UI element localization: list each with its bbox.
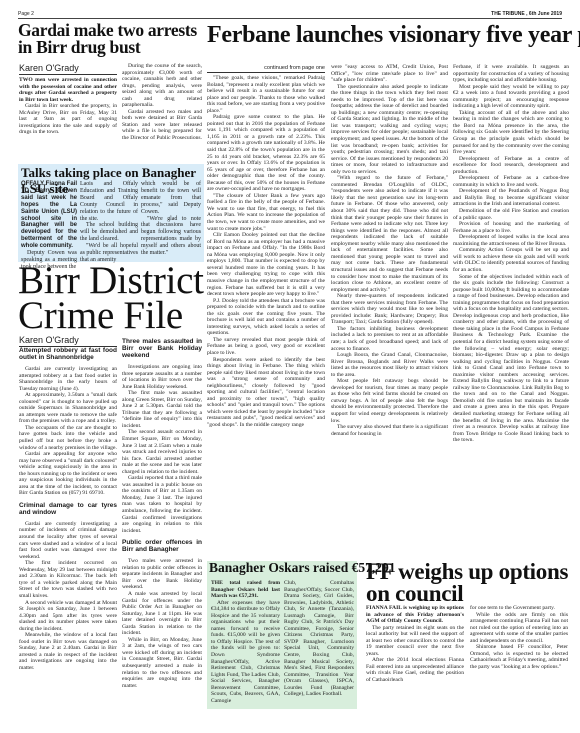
crime-para: Gardai are currently investigating an at… xyxy=(19,366,117,392)
ferbane-para: The factors inhibiting business developm… xyxy=(331,326,448,352)
crime-byline: Karen O'Grady xyxy=(19,335,117,347)
ferbane-para: Some of the objectives included within e… xyxy=(453,274,569,444)
ferbane-para: Cllr Eamon Dooley pointed out that the d… xyxy=(207,232,325,297)
crime-para: Gardai reported that a third male was as… xyxy=(122,475,202,534)
oskars-col2: Club, Comhaltas Banagher/Offaly, Soccer … xyxy=(284,580,354,708)
ferbane-goal: Development of looped walks in the local… xyxy=(453,234,569,247)
ferbane-para: The questionnaire also asked people to i… xyxy=(331,84,448,176)
header-rule xyxy=(18,18,562,19)
oskars-para: Club, Comhaltas Banagher/Offaly, Soccer … xyxy=(284,580,354,698)
gardai-headline: Gardai make two arrests in Birr drug bus… xyxy=(18,22,198,55)
gardai-para: Gardai arrested two males and both were … xyxy=(122,109,202,142)
ferbane-para: were "easy access to ATM, Credit Union, … xyxy=(331,64,448,84)
crime-para: At approximately, 3.50am a "small dark c… xyxy=(19,392,117,425)
crime-para: Investigations are ongoing into three se… xyxy=(122,364,202,390)
ferbane-para: Padraig gave some context to the plan. H… xyxy=(207,114,325,193)
ferbane-headline: Ferbane launches visionary five year pla… xyxy=(207,24,567,47)
ferbane-goal: Provision of housing and the marketing o… xyxy=(453,221,569,234)
crime-para: Meanwhile, the window of a local fast fo… xyxy=(19,632,117,671)
lsu-col3: which would be of benefit to the town wi… xyxy=(141,181,201,257)
ff-para: The party retained its eight seats on th… xyxy=(366,625,464,658)
crime-para: A male was arrested by local Gardai for … xyxy=(122,591,202,637)
ff-para: for one term to the Government party. xyxy=(470,605,568,612)
crime-para: Gardai are currently investigating a num… xyxy=(19,521,117,560)
crime-para: Gardai are appealing for anyone who may … xyxy=(19,451,117,497)
ferbane-para: The survey revealed that most people thi… xyxy=(207,337,325,357)
ferbane-goal: Development of Ferbane as a carbon-free … xyxy=(453,175,569,188)
oskars-col1: THE total raised from Banagher Oskars he… xyxy=(211,580,280,708)
crime-para: The first incident occurred on Wednesday… xyxy=(19,560,117,599)
crime-file-headline-2: Crime File xyxy=(18,297,183,334)
masthead-date: THE TRIBUNE , 6th June 2019 xyxy=(491,11,562,17)
ferbane-para: "With regard to the future of Ferbane," … xyxy=(331,175,448,293)
crime-subhead-robbery: Attempted robbery at fast food outlet in… xyxy=(19,347,117,361)
ferbane-para: Ferbane, if it were available. It sugges… xyxy=(453,64,569,84)
ff-para: Shinrone based FF councillor, Peter Ormo… xyxy=(470,644,568,670)
ferbane-goal: Demolition of the old Fire Station and c… xyxy=(453,208,569,221)
lsu-lead-text: OFFALY Fianna Fail TD Barry Cowen said l… xyxy=(21,181,77,249)
ff-para: After the 2014 local elections Fianna Fa… xyxy=(366,657,464,683)
ferbane-para: Most people said they would be willing t… xyxy=(453,84,569,110)
oskars-headline: Banagher Oskars raised €57,291 xyxy=(209,560,357,576)
ff-headline: FF weighs up options on council xyxy=(366,561,576,605)
lsu-para: Laois and Offaly Education and Training … xyxy=(80,181,138,222)
lsu-para: The school building will be demolished a… xyxy=(80,222,138,243)
ferbane-goal: Development of the Peatlands of Noggus B… xyxy=(453,188,569,208)
ferbane-para: Taking account of all of the above and a… xyxy=(453,110,569,156)
ferbane-para: Nearly three-quarters of respondents ind… xyxy=(331,293,448,326)
ferbane-para: "These goals, these visions," remarked P… xyxy=(207,75,325,114)
ferbane-col2: were "easy access to ATM, Credit Union, … xyxy=(331,64,448,454)
gardai-para: During the course of the search, approxi… xyxy=(122,63,202,109)
ferbane-goal: Development of Ferbane as a centre of ex… xyxy=(453,156,569,176)
ff-lead: FIANNA FAIL is weighing up its options i… xyxy=(366,605,464,625)
oskars-para: After expenses they have €34,384 to dist… xyxy=(211,600,280,705)
crime-subhead-public-order: Public order offences in Birr and Banagh… xyxy=(122,539,202,553)
gardai-col1: TWO men were arrested in connection with… xyxy=(19,77,117,136)
lsu-col1: OFFALY Fianna Fail TD Barry Cowen said l… xyxy=(21,181,77,271)
crime-col2: Three males assaulted in Birr over Bank … xyxy=(122,333,202,728)
ff-col1: FIANNA FAIL is weighing up its options i… xyxy=(366,605,464,710)
ferbane-para: Respondents were asked to identify the b… xyxy=(207,357,325,429)
crime-para: Two males were arrested in relation to p… xyxy=(122,558,202,591)
ferbane-para: P.J. Dooley told the attendees that a br… xyxy=(207,298,325,337)
ferbane-para: Community Action Groups will be set up a… xyxy=(453,247,569,273)
ferbane-para: Most people felt cutaway bogs should be … xyxy=(331,378,448,424)
ferbane-para: The survey also showed that there is a s… xyxy=(331,424,448,437)
crime-subhead-assaults: Three males assaulted in Birr over Bank … xyxy=(122,338,202,359)
gardai-para: Gardai in Birr searched the property, in… xyxy=(19,103,117,136)
lsu-para: which would be of benefit to the town wi… xyxy=(141,181,201,215)
crime-para: The first male was assaulted along Green… xyxy=(122,390,202,429)
page-number: Page 2 xyxy=(18,11,34,17)
crime-subhead-damage: Criminal damage to car tyres and window xyxy=(19,502,117,516)
crime-para: The occupants of the car are thought to … xyxy=(19,425,117,451)
crime-para: While in Birr, on Monday, June 3 at 2am,… xyxy=(122,637,202,689)
lsu-para: "We're glad to note that discussions hav… xyxy=(141,216,201,257)
crime-para: A second vehicle was damaged at Mount St… xyxy=(19,600,117,633)
ferbane-para: Lough Boora, the Grand Canal, Clonmacnoi… xyxy=(331,352,448,378)
gardai-lead: TWO men were arrested in connection with… xyxy=(19,77,117,103)
ferbane-para: "The closure of Ulster Bank a few years … xyxy=(207,193,325,232)
gardai-col2: During the course of the search, approxi… xyxy=(122,63,202,142)
lsu-col2: Laois and Offaly Education and Training … xyxy=(80,181,138,264)
oskars-lead: THE total raised from Banagher Oskars he… xyxy=(211,580,280,600)
crime-col1: Attempted robbery at fast food outlet in… xyxy=(19,347,117,727)
crime-para: The second assault occurred in Emmet Squ… xyxy=(122,429,202,475)
ferbane-col1: "These goals, these visions," remarked P… xyxy=(207,75,325,452)
ff-col2: for one term to the Government party. Wh… xyxy=(470,605,568,710)
gardai-byline: Karen O'Grady xyxy=(19,63,117,75)
ferbane-col3: Ferbane, if it were available. It sugges… xyxy=(453,64,569,454)
continued-label: continued from page one xyxy=(207,65,325,73)
ff-para: While the odds are firmly on this arrang… xyxy=(470,612,568,645)
